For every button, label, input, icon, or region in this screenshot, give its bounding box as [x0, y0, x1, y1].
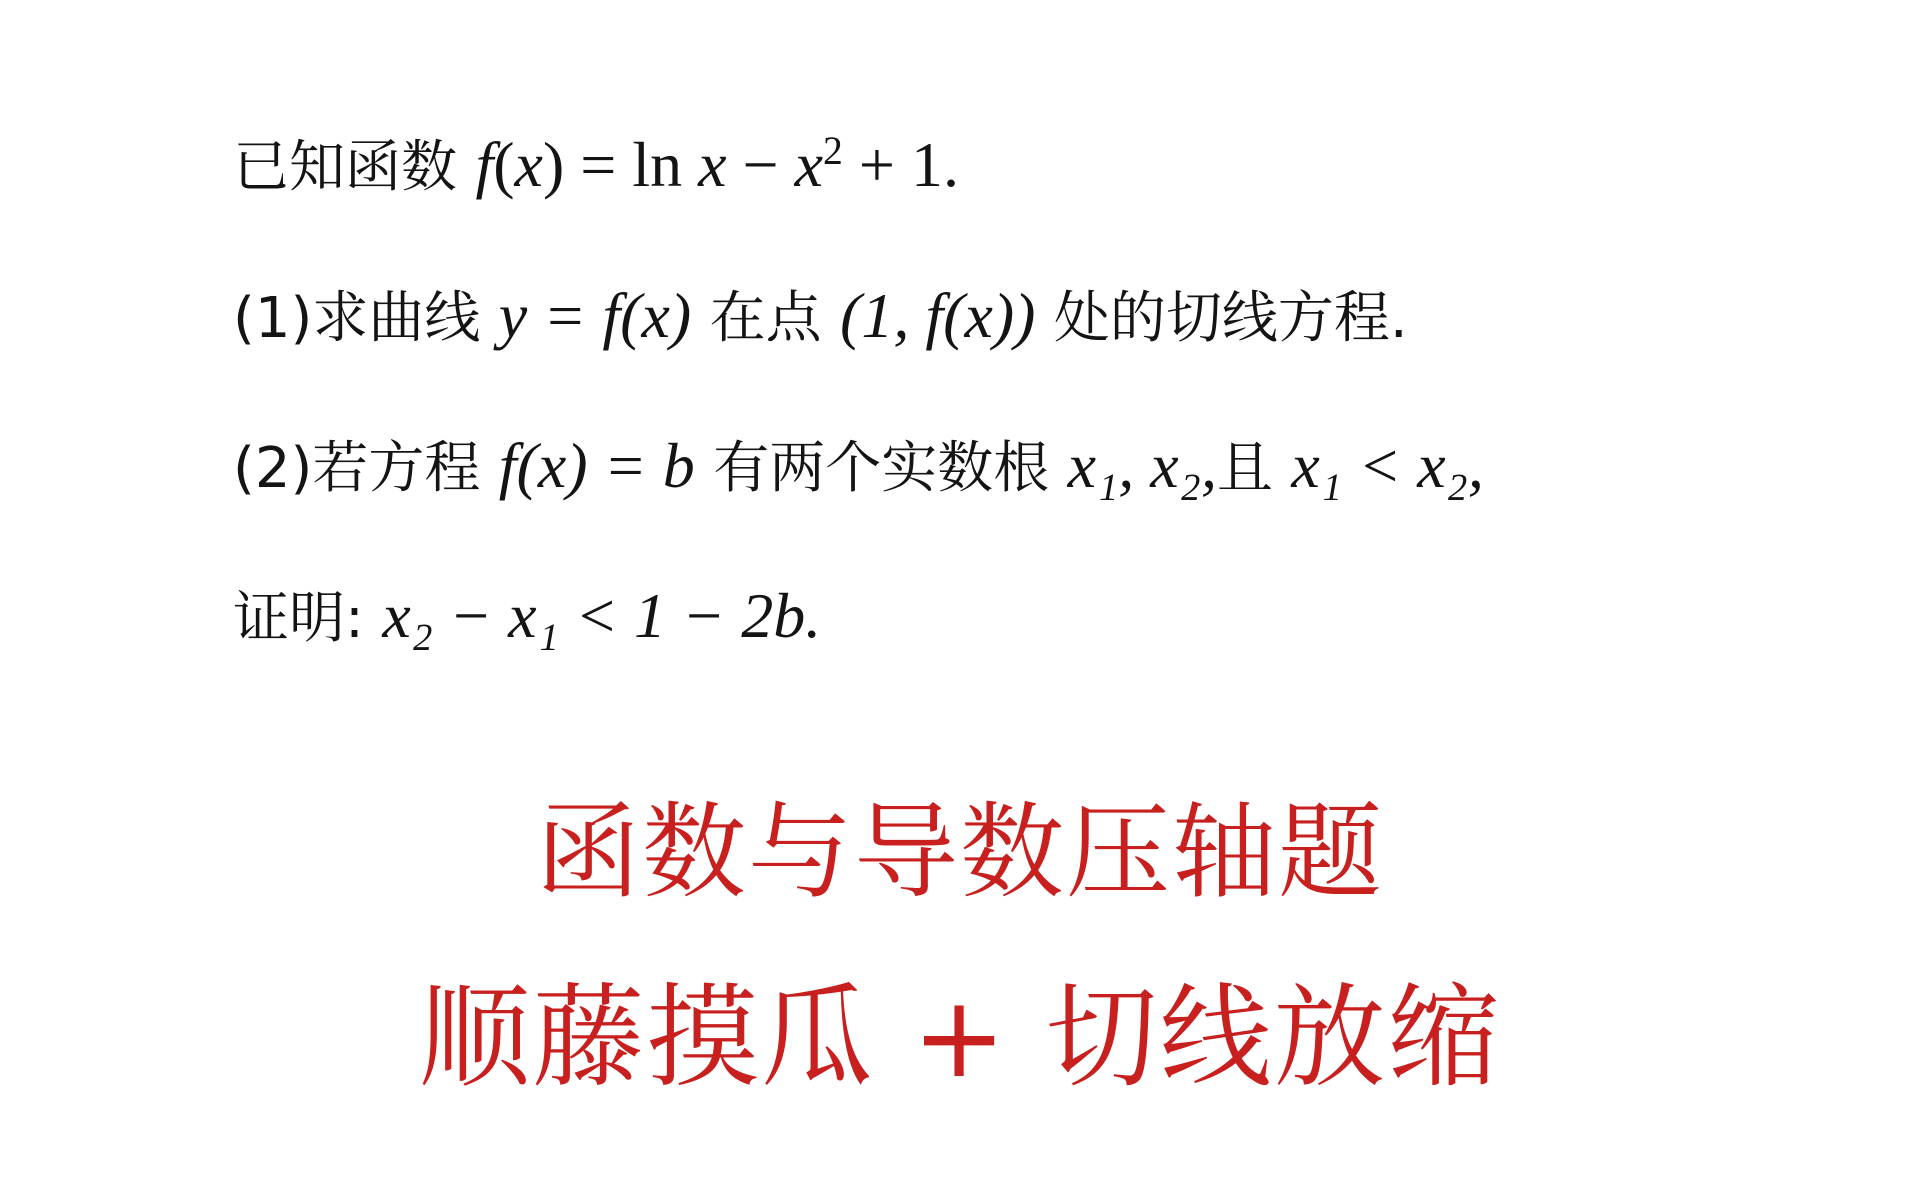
part1-mid: 在点: [710, 286, 822, 351]
part1-suffix: 处的切线方程.: [1054, 286, 1408, 351]
problem-proof: 证明: x₂ − x₁ < 1 − 2b.: [233, 584, 821, 648]
proof-label: 证明:: [233, 586, 364, 651]
part2-mid: 有两个实数根: [713, 436, 1049, 501]
part1-point: (1, f(x)): [840, 280, 1035, 351]
function-definition: f(x) = ln x − x2 + 1.: [475, 129, 959, 200]
title-line-2: 顺藤摸瓜 + 切线放缩: [0, 982, 1920, 1094]
problem-part-1: (1)求曲线 y = f(x) 在点 (1, f(x)) 处的切线方程.: [233, 284, 1408, 348]
part1-prefix: (1)求曲线: [233, 286, 480, 351]
part2-condition: x₁ < x₂,: [1291, 430, 1484, 501]
intro-label: 已知函数: [233, 135, 457, 200]
problem-part-2: (2)若方程 f(x) = b 有两个实数根 x₁, x₂,且 x₁ < x₂,: [233, 434, 1484, 498]
problem-intro: 已知函数 f(x) = ln x − x2 + 1.: [233, 132, 959, 197]
part2-and: 且: [1217, 436, 1273, 501]
proof-claim: x₂ − x₁ < 1 − 2b.: [382, 580, 821, 651]
part2-roots: x₁, x₂,: [1068, 430, 1217, 501]
part2-equation: f(x) = b: [499, 430, 695, 501]
part2-prefix: (2)若方程: [233, 436, 480, 501]
part1-curve: y = f(x): [499, 280, 691, 351]
title-line-1: 函数与导数压轴题: [0, 800, 1920, 904]
